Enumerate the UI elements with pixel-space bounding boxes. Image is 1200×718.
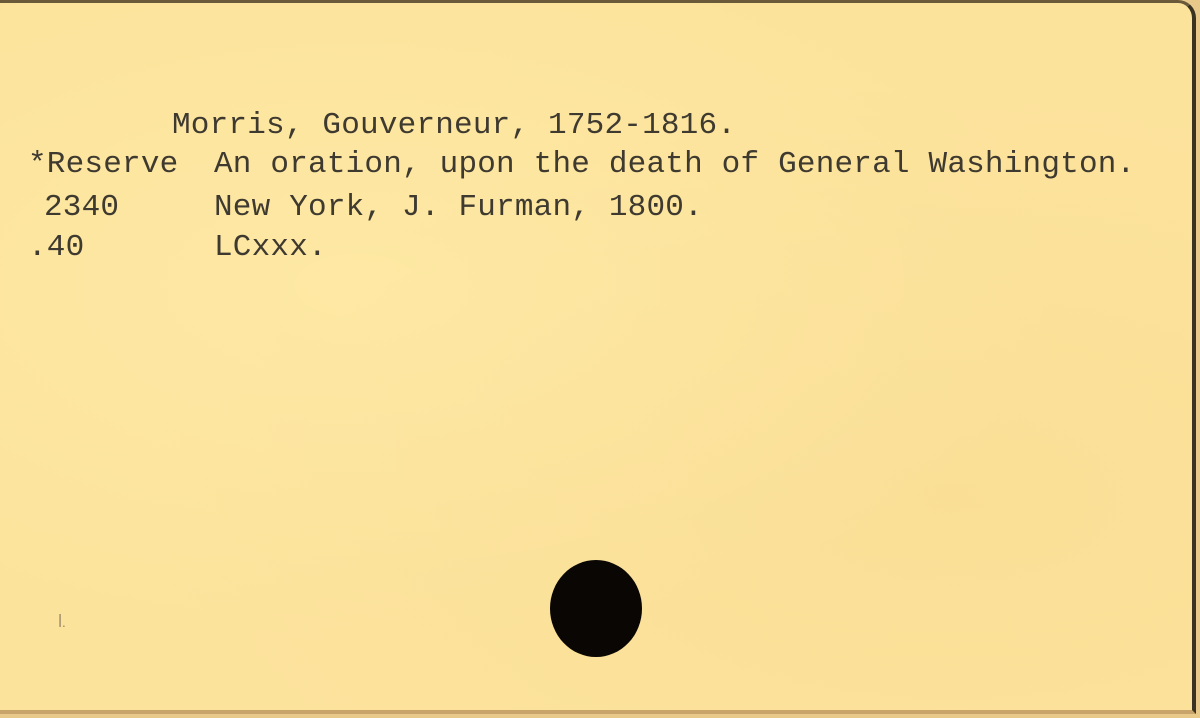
call-number-line-3: .40	[28, 232, 84, 263]
imprint: New York, J. Furman, 1800.	[214, 192, 703, 223]
author-heading: Morris, Gouverneur, 1752-1816.	[172, 110, 736, 141]
catalog-card: Morris, Gouverneur, 1752-1816. *Reserve …	[0, 0, 1196, 714]
stray-mark: ꟾ.	[58, 615, 66, 632]
call-number-line-1: *Reserve	[28, 149, 178, 180]
collation: LCxxx.	[214, 232, 327, 263]
punch-hole	[550, 560, 642, 657]
title-statement: An oration, upon the death of General Wa…	[214, 149, 1135, 180]
call-number-line-2: 2340	[44, 192, 119, 223]
